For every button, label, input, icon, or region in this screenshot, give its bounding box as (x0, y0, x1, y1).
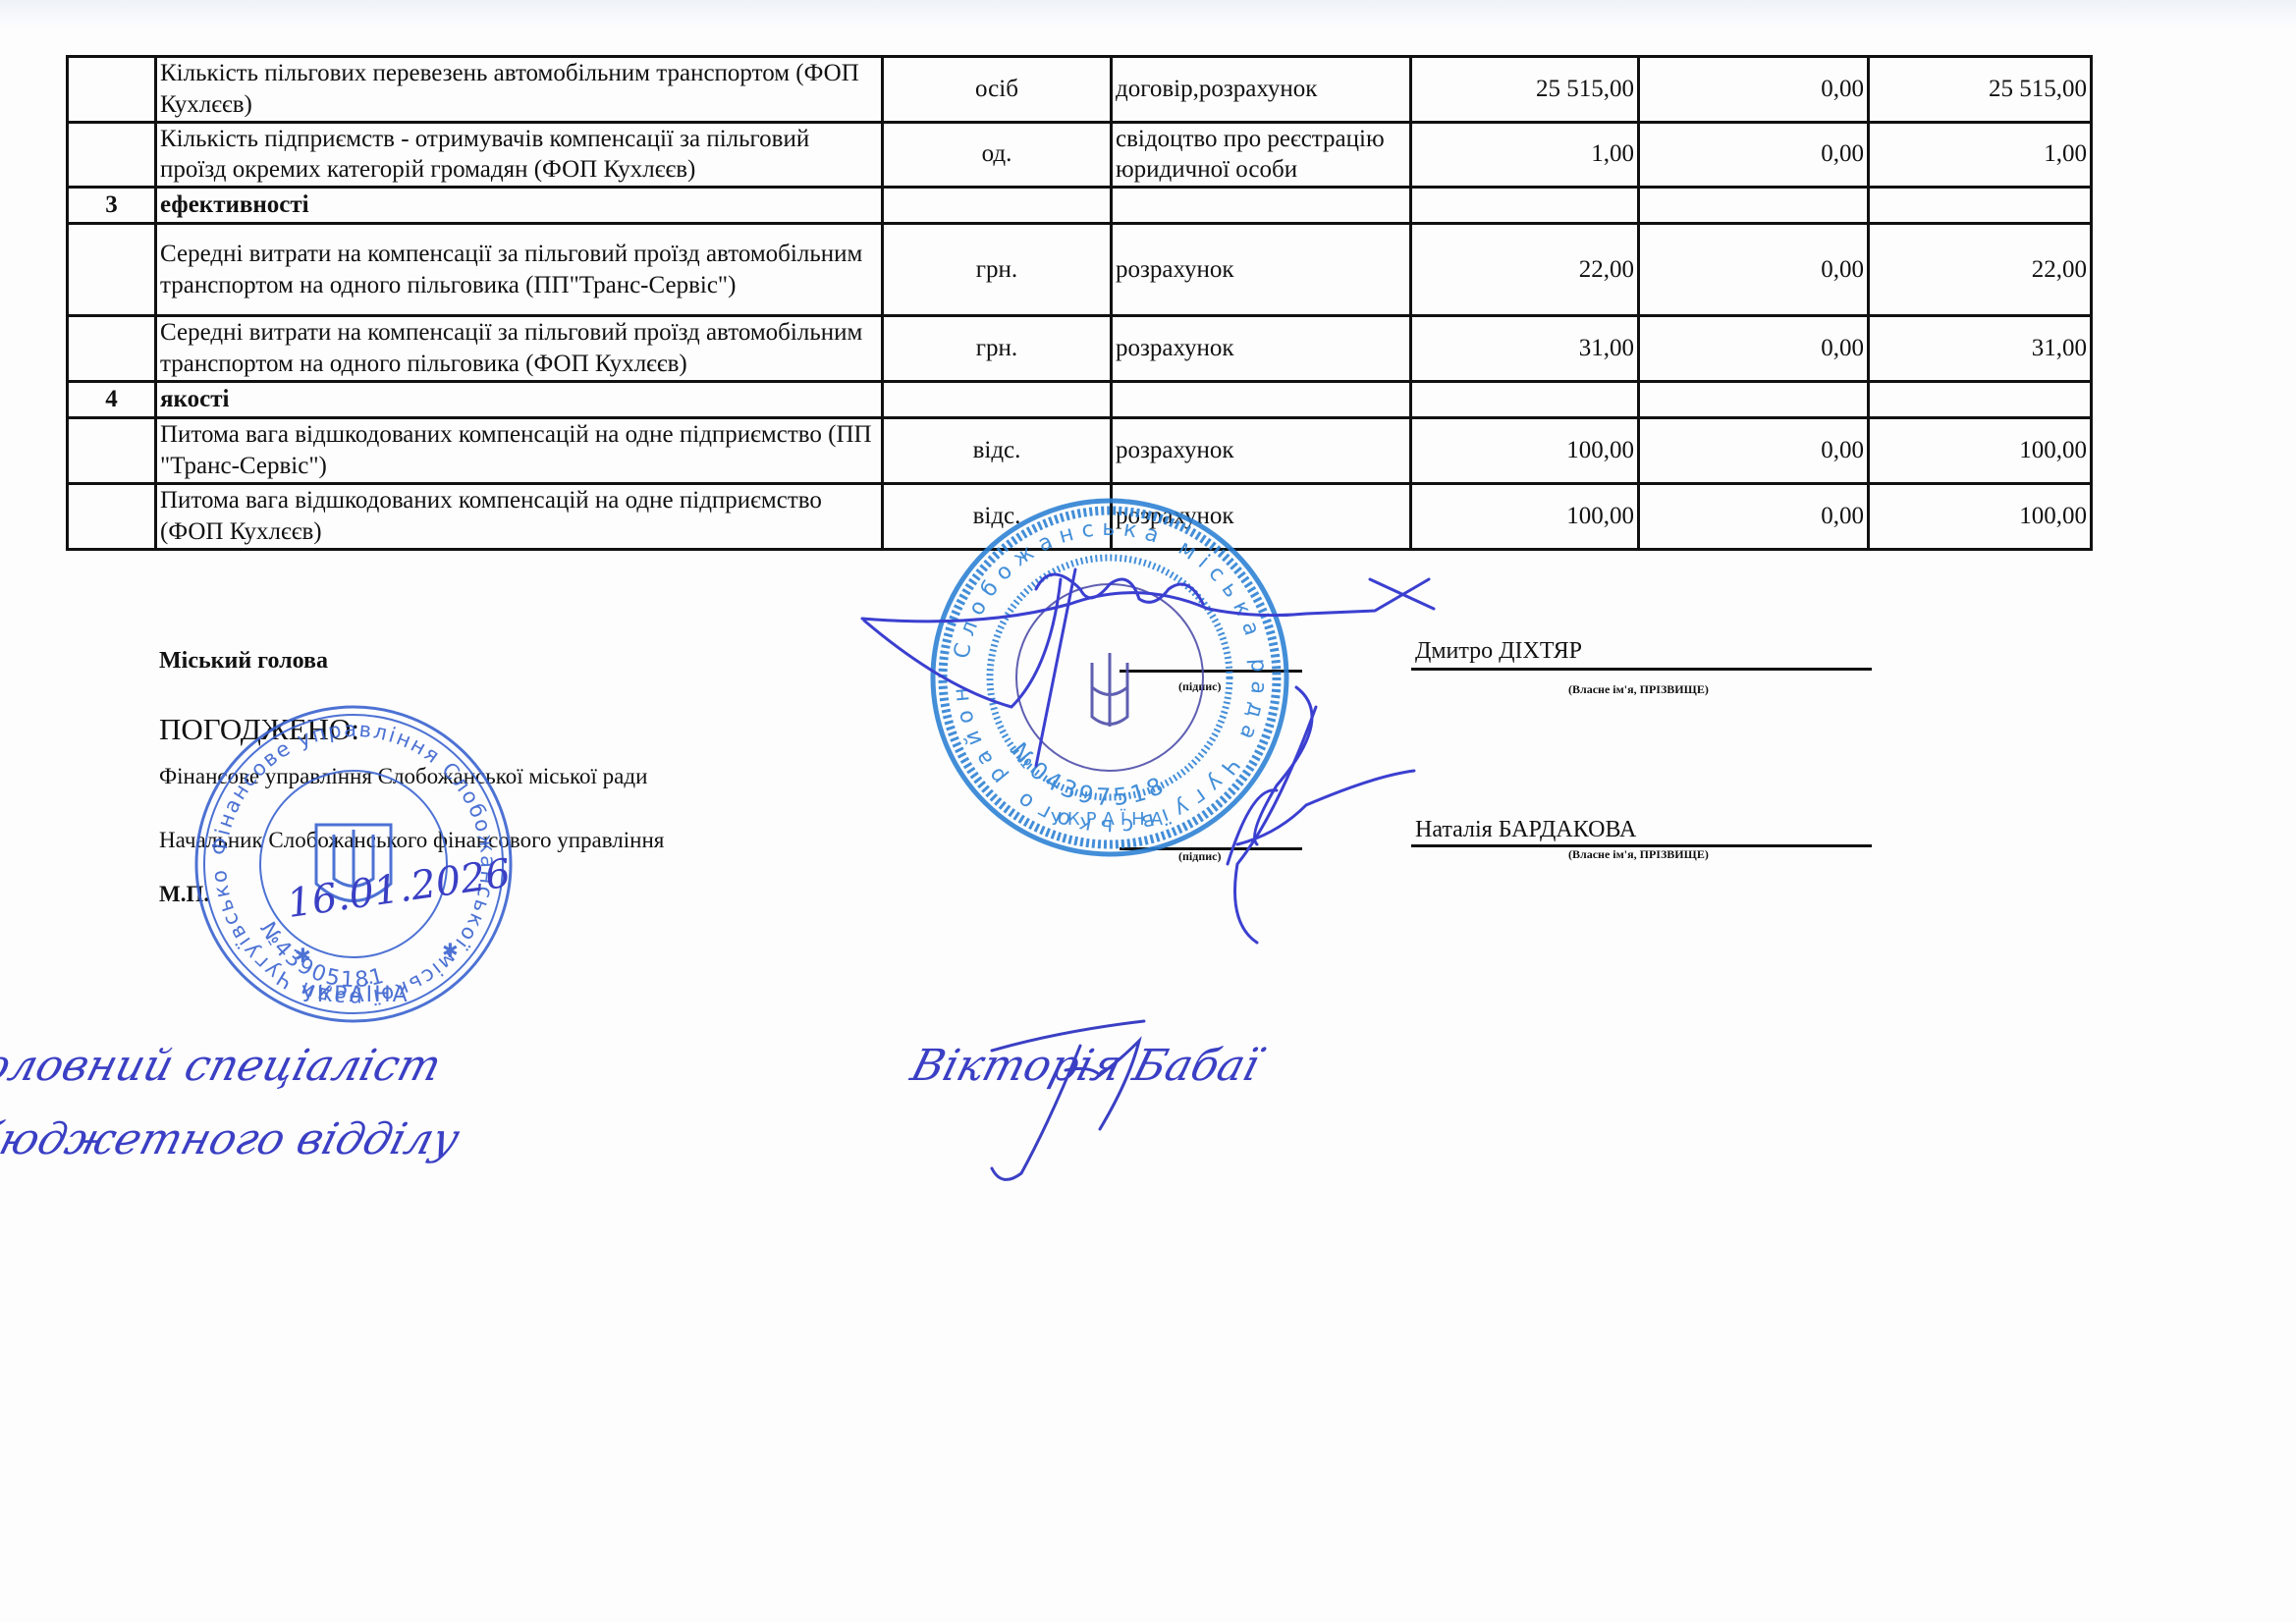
value-cell-2: 0,00 (1639, 316, 1869, 382)
svg-text:№04397518: №04397518 (1005, 737, 1171, 811)
row-number: 4 (68, 382, 156, 418)
mayor-name-line (1411, 668, 1872, 671)
finance-stamp-country: УКРАЇНА (301, 982, 409, 1007)
unit-cell (883, 188, 1112, 224)
stamp-place-label: М.П. (159, 882, 209, 907)
value-cell-1: 100,00 (1411, 418, 1639, 484)
agreed-label: ПОГОДЖЕНО: (159, 712, 359, 747)
scan-edge-artifact (0, 0, 2296, 29)
handwritten-position-line-1: Головний спеціаліст (0, 1040, 447, 1091)
indicator-description: Питома вага відшкодованих компенсацій на… (156, 484, 883, 550)
trident-icon (1092, 653, 1127, 727)
table-row: Питома вага відшкодованих компенсацій на… (68, 484, 2092, 550)
source-cell: розрахунок (1112, 316, 1411, 382)
source-cell: розрахунок (1112, 418, 1411, 484)
indicator-description: Середні витрати на компенсації за пільго… (156, 316, 883, 382)
value-cell-2 (1639, 382, 1869, 418)
reviewer-signature (992, 1021, 1144, 1179)
source-cell: розрахунок (1112, 224, 1411, 316)
finance-head-name: Наталія БАРДАКОВА (1415, 817, 1636, 843)
section-title: якості (156, 382, 883, 418)
mayor-label: Міський голова (159, 648, 328, 675)
indicator-description: Питома вага відшкодованих компенсацій на… (156, 418, 883, 484)
svg-text:№43905181: №43905181 (254, 918, 388, 993)
section-row: 3ефективності (68, 188, 2092, 224)
value-cell-3: 31,00 (1869, 316, 2092, 382)
handwritten-position-line-2: бюджетного відділу (0, 1113, 465, 1164)
source-cell (1112, 382, 1411, 418)
finance-stamp-number: №43905181 (254, 918, 388, 993)
section-row: 4якості (68, 382, 2092, 418)
value-cell-2: 0,00 (1639, 122, 1869, 188)
value-cell-1: 100,00 (1411, 484, 1639, 550)
unit-cell (883, 382, 1112, 418)
value-cell-2: 0,00 (1639, 224, 1869, 316)
table-row: Кількість пільгових перевезень автомобіл… (68, 57, 2092, 123)
row-number: 3 (68, 188, 156, 224)
city-stamp-number: №04397518 (1005, 737, 1171, 811)
value-cell-1: 22,00 (1411, 224, 1639, 316)
source-cell: розрахунок (1112, 484, 1411, 550)
value-cell-1 (1411, 382, 1639, 418)
unit-cell: грн. (883, 224, 1112, 316)
value-cell-3 (1869, 188, 2092, 224)
signature-caption: (підпис) (1178, 679, 1221, 694)
row-number (68, 57, 156, 123)
value-cell-3: 22,00 (1869, 224, 2092, 316)
handwritten-signer-name: Вікторія Бабаї (904, 1040, 1269, 1091)
row-number (68, 484, 156, 550)
name-caption: (Власне ім'я, ПРІЗВИЩЕ) (1568, 682, 1709, 697)
finance-head-signature (1228, 687, 1414, 943)
document-page: Кількість пільгових перевезень автомобіл… (0, 0, 2296, 1623)
table-row: Середні витрати на компенсації за пільго… (68, 316, 2092, 382)
city-stamp-country: УКРАЇНА (1051, 809, 1169, 830)
row-number (68, 122, 156, 188)
indicator-description: Кількість пільгових перевезень автомобіл… (156, 57, 883, 123)
value-cell-2: 0,00 (1639, 484, 1869, 550)
svg-text:✱: ✱ (442, 941, 459, 962)
signature-caption: (підпис) (1178, 849, 1221, 864)
table-row: Питома вага відшкодованих компенсацій на… (68, 418, 2092, 484)
row-number (68, 224, 156, 316)
row-number (68, 418, 156, 484)
mayor-signature-line (1120, 670, 1302, 673)
value-cell-1: 25 515,00 (1411, 57, 1639, 123)
indicator-description: Середні витрати на компенсації за пільго… (156, 224, 883, 316)
svg-text:✱: ✱ (295, 946, 311, 967)
unit-cell: відс. (883, 418, 1112, 484)
finance-department-label: Фінансове управління Слобожанської міськ… (159, 764, 647, 789)
value-cell-1: 1,00 (1411, 122, 1639, 188)
value-cell-2: 0,00 (1639, 418, 1869, 484)
source-cell: свідоцтво про реєстрацію юридичної особи (1112, 122, 1411, 188)
handwritten-date: 16.01.2026 (285, 851, 514, 927)
table-row: Середні витрати на компенсації за пільго… (68, 224, 2092, 316)
mayor-name: Дмитро ДІХТЯР (1415, 638, 1582, 665)
indicator-description: Кількість підприємств - отримувачів комп… (156, 122, 883, 188)
value-cell-3: 100,00 (1869, 484, 2092, 550)
row-number (68, 316, 156, 382)
unit-cell: грн. (883, 316, 1112, 382)
source-cell (1112, 188, 1411, 224)
indicators-table: Кількість пільгових перевезень автомобіл… (66, 55, 2093, 551)
value-cell-1 (1411, 188, 1639, 224)
source-cell: договір,розрахунок (1112, 57, 1411, 123)
value-cell-2 (1639, 188, 1869, 224)
value-cell-2: 0,00 (1639, 57, 1869, 123)
value-cell-3: 1,00 (1869, 122, 2092, 188)
value-cell-3: 25 515,00 (1869, 57, 2092, 123)
value-cell-1: 31,00 (1411, 316, 1639, 382)
unit-cell: відс. (883, 484, 1112, 550)
unit-cell: од. (883, 122, 1112, 188)
section-title: ефективності (156, 188, 883, 224)
table-row: Кількість підприємств - отримувачів комп… (68, 122, 2092, 188)
value-cell-3 (1869, 382, 2092, 418)
finance-head-label: Начальник Слобожанського фінансового упр… (159, 828, 664, 853)
handwritten-note: Головний спеціаліст бюджетного відділу (0, 1040, 465, 1164)
value-cell-3: 100,00 (1869, 418, 2092, 484)
name-caption: (Власне ім'я, ПРІЗВИЩЕ) (1568, 847, 1709, 862)
mayor-signature (862, 569, 1434, 766)
unit-cell: осіб (883, 57, 1112, 123)
